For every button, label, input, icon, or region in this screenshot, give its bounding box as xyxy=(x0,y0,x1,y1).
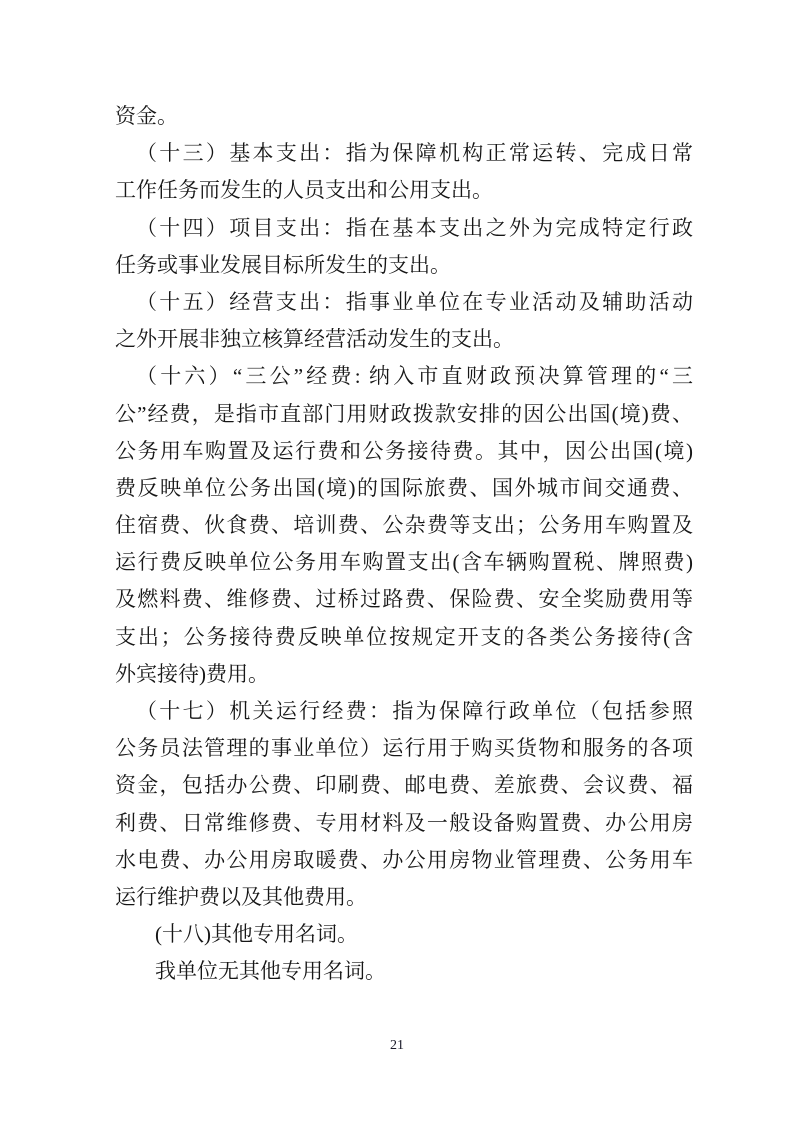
text-line: （十五）经营支出：指事业单位在专业活动及辅助活动 xyxy=(115,284,693,321)
text-line: 公”经费，是指市直部门用财政拨款安排的因公出国(境)费、 xyxy=(115,396,693,433)
text-line: （十七）机关运行经费：指为保障行政单位（包括参照 xyxy=(115,693,693,730)
text-line: （十四）项目支出：指在基本支出之外为完成特定行政 xyxy=(115,210,693,247)
text-line: （十三）基本支出：指为保障机构正常运转、完成日常 xyxy=(115,135,693,172)
text-line: 公务员法管理的事业单位）运行用于购买货物和服务的各项 xyxy=(115,730,693,767)
text-line: 资金。 xyxy=(115,98,693,135)
text-line: 我单位无其他专用名词。 xyxy=(115,953,693,990)
text-line: 水电费、办公用房取暖费、办公用房物业管理费、公务用车 xyxy=(115,842,693,879)
document-body: 资金。（十三）基本支出：指为保障机构正常运转、完成日常工作任务而发生的人员支出和… xyxy=(115,98,693,991)
text-line: 运行费反映单位公务用车购置支出(含车辆购置税、牌照费) xyxy=(115,544,693,581)
text-line: (十八)其他专用名词。 xyxy=(115,916,693,953)
text-line: （十六）“三公”经费: 纳入市直财政预决算管理的“三 xyxy=(115,358,693,395)
text-line: 运行维护费以及其他费用。 xyxy=(115,879,693,916)
text-line: 工作任务而发生的人员支出和公用支出。 xyxy=(115,172,693,209)
document-page: 资金。（十三）基本支出：指为保障机构正常运转、完成日常工作任务而发生的人员支出和… xyxy=(0,0,794,1123)
text-line: 外宾接待)费用。 xyxy=(115,656,693,693)
text-line: 资金，包括办公费、印刷费、邮电费、差旅费、会议费、福 xyxy=(115,767,693,804)
page-number: 21 xyxy=(0,1038,794,1054)
text-line: 及燃料费、维修费、过桥过路费、保险费、安全奖励费用等 xyxy=(115,581,693,618)
text-line: 公务用车购置及运行费和公务接待费。其中，因公出国(境) xyxy=(115,433,693,470)
text-line: 任务或事业发展目标所发生的支出。 xyxy=(115,247,693,284)
text-line: 住宿费、伙食费、培训费、公杂费等支出；公务用车购置及 xyxy=(115,507,693,544)
text-line: 支出；公务接待费反映单位按规定开支的各类公务接待(含 xyxy=(115,619,693,656)
text-line: 之外开展非独立核算经营活动发生的支出。 xyxy=(115,321,693,358)
text-line: 费反映单位公务出国(境)的国际旅费、国外城市间交通费、 xyxy=(115,470,693,507)
text-line: 利费、日常维修费、专用材料及一般设备购置费、办公用房 xyxy=(115,805,693,842)
